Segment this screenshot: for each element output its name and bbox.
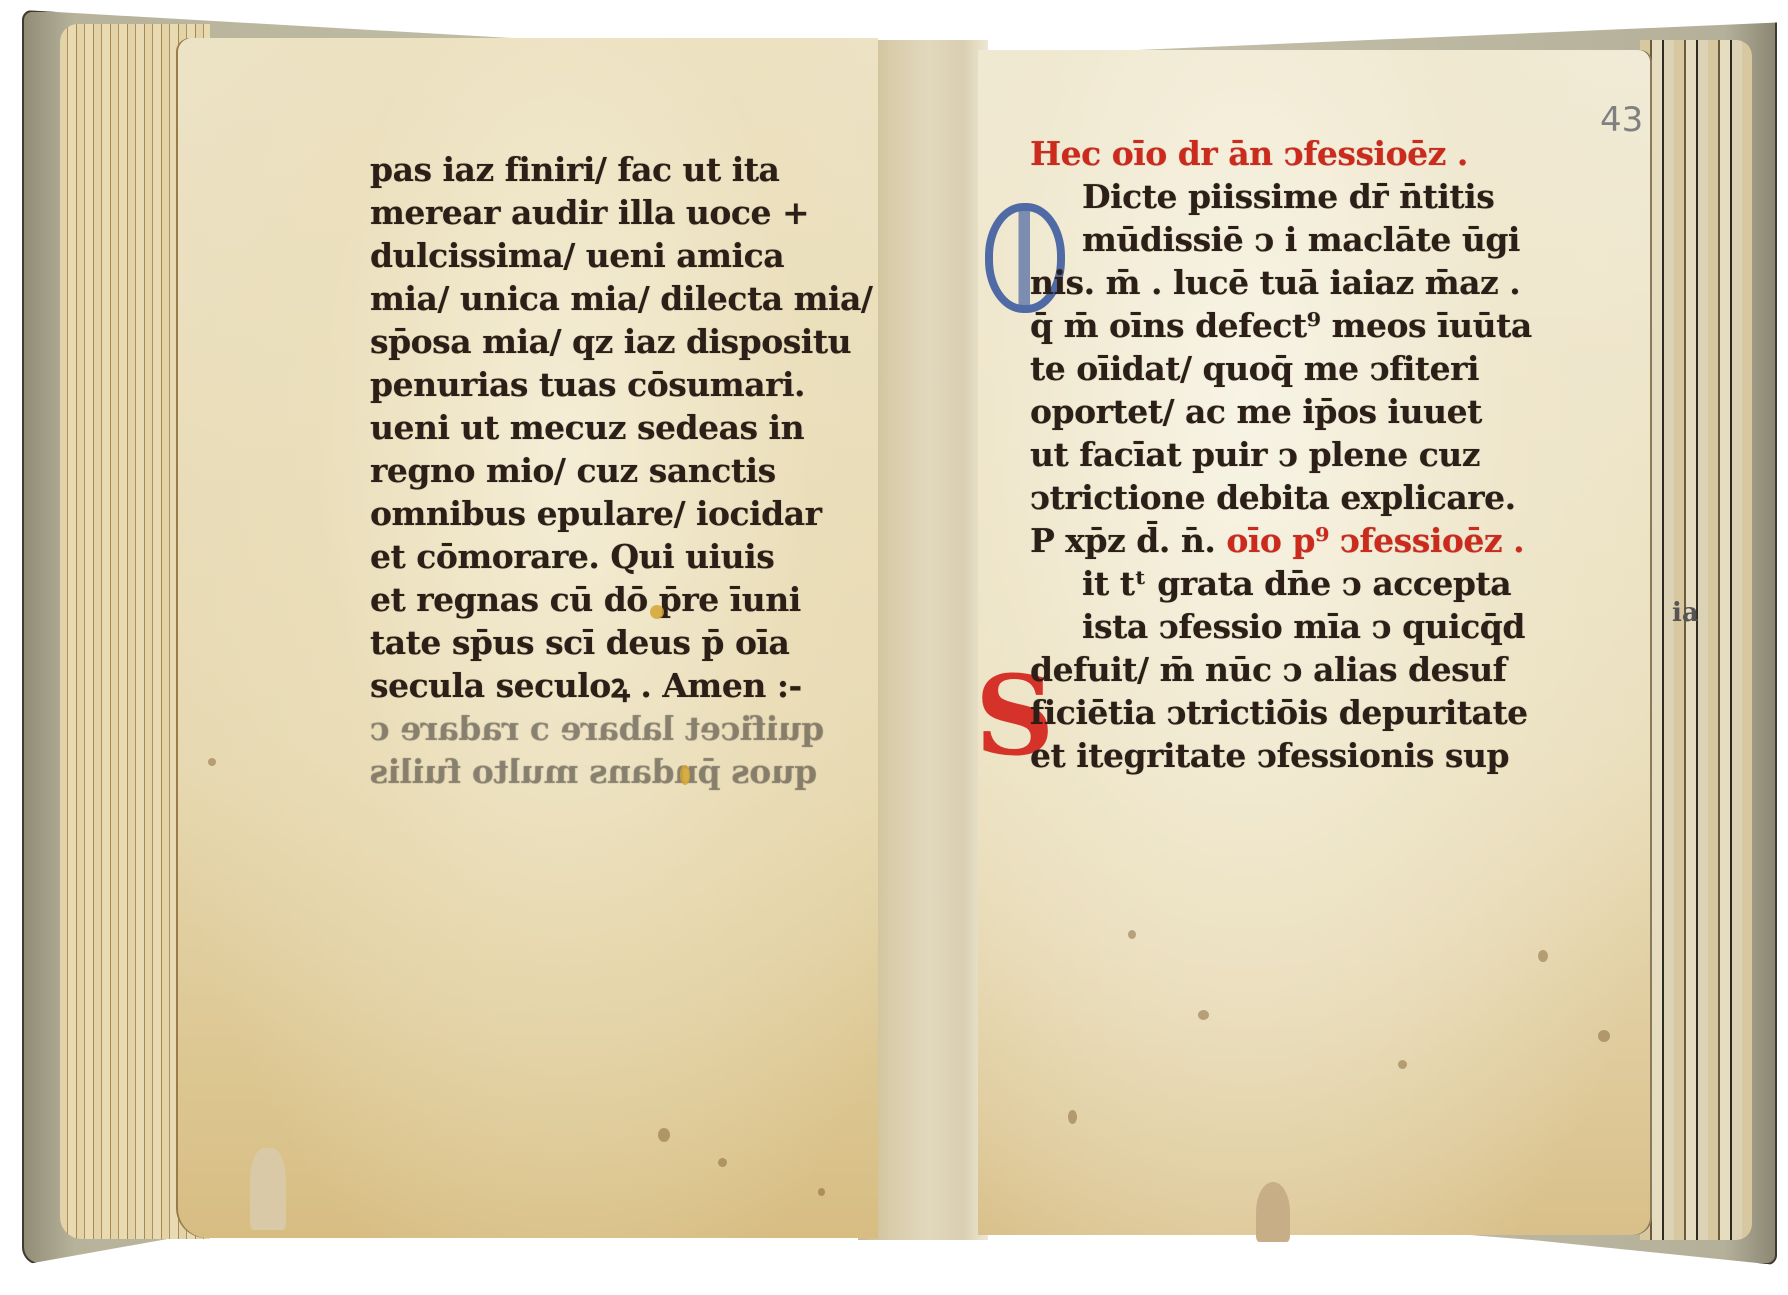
text-line: omnibus epulare/ iocidar <box>370 492 890 535</box>
foxing-spot <box>208 758 216 766</box>
text-line: penurias tuas cōsumari. <box>370 363 890 406</box>
text-line: it tᵗ grata dn̄e ↄ accepta <box>1030 562 1550 605</box>
pater-abbreviation: P xp̄z d̄. n̄. <box>1030 521 1215 560</box>
text-line: ueni ut mecuz sedeas in <box>370 406 890 449</box>
text-line: et regnas cū dō p̄re īuni <box>370 578 890 621</box>
gold-initial-a <box>680 765 690 785</box>
page-tear <box>1256 1182 1290 1242</box>
foxing-spot <box>1198 1010 1209 1020</box>
show-through-line: quos p̄ndans multo fuilis <box>370 750 890 793</box>
text-line: dulcissima/ ueni amica <box>370 234 890 277</box>
underlying-page-fragment: ia <box>1672 598 1699 628</box>
text-line: q̄ m̄ oīns defect⁹ meos īuūta <box>1030 304 1550 347</box>
gold-initial-q <box>650 605 664 619</box>
ghost-text: quos p̄ndans multo fuilis <box>370 750 817 793</box>
show-through-line: quificet labare ↄ radare c <box>370 707 890 750</box>
text-line: ↄtrictione debita explicare. <box>1030 476 1550 519</box>
foxing-spot <box>658 1128 670 1142</box>
rubric-after-confession: oīo p⁹ ↄfessioēz . <box>1226 521 1524 560</box>
text-line: sp̄osa mia/ qz iaz dispositu <box>370 320 890 363</box>
text-line: pas iaz finiri/ fac ut ita <box>370 148 890 191</box>
foxing-spot <box>1068 1110 1077 1124</box>
foxing-spot <box>818 1188 825 1196</box>
text-line: ficiētia ↄtrictiōis depuritate <box>1030 691 1550 734</box>
text-line: ut facīat puir ↄ plene cuz <box>1030 433 1550 476</box>
text-line: mūdissiē ↄ i maclāte ūgi <box>1030 218 1550 261</box>
text-line: et itegritate ↄfessionis sup <box>1030 734 1550 777</box>
page-tear <box>250 1148 286 1230</box>
right-page-stack <box>1640 40 1752 1240</box>
text-line: defuit/ m̄ nūc ↄ alias desuf <box>1030 648 1550 691</box>
right-text-column: Hec oīo dr ān ↄfessioēz . Dicte piissime… <box>1030 132 1550 777</box>
foxing-spot <box>1598 1030 1610 1042</box>
ghost-text: quificet labare ↄ radare c <box>370 707 824 750</box>
text-line: tate sp̄us scī deus p̄ oīa <box>370 621 890 664</box>
foxing-spot <box>1128 930 1136 939</box>
text-line: et cōmorare. Qui uiuis <box>370 535 890 578</box>
text-line: oportet/ ac me ip̄os iuuet <box>1030 390 1550 433</box>
text-line: secula seculoꝝ . Amen :- <box>370 664 890 707</box>
text-line: merear audir illa uoce + <box>370 191 890 234</box>
left-text-column: pas iaz finiri/ fac ut ita merear audir … <box>370 148 890 793</box>
rubric-heading: Hec oīo dr ān ↄfessioēz . <box>1030 132 1550 175</box>
folio-number: 43 <box>1600 100 1643 140</box>
text-line: regno mio/ cuz sanctis <box>370 449 890 492</box>
text-line: mia/ unica mia/ dilecta mia/ <box>370 277 890 320</box>
pater-line: P xp̄z d̄. n̄. oīo p⁹ ↄfessioēz . <box>1030 519 1550 562</box>
text-line: ista ↄfessio mīa ↄ quicq̄d <box>1030 605 1550 648</box>
foxing-spot <box>1398 1060 1407 1069</box>
text-line: Dicte piissime dr̄ n̄titis <box>1030 175 1550 218</box>
text-line: nis. m̄ . lucē tuā iaiaz m̄az . <box>1030 261 1550 304</box>
text-line: te oīidat/ quoq̄ me ↄfiteri <box>1030 347 1550 390</box>
foxing-spot <box>1538 950 1548 962</box>
foxing-spot <box>718 1158 727 1167</box>
